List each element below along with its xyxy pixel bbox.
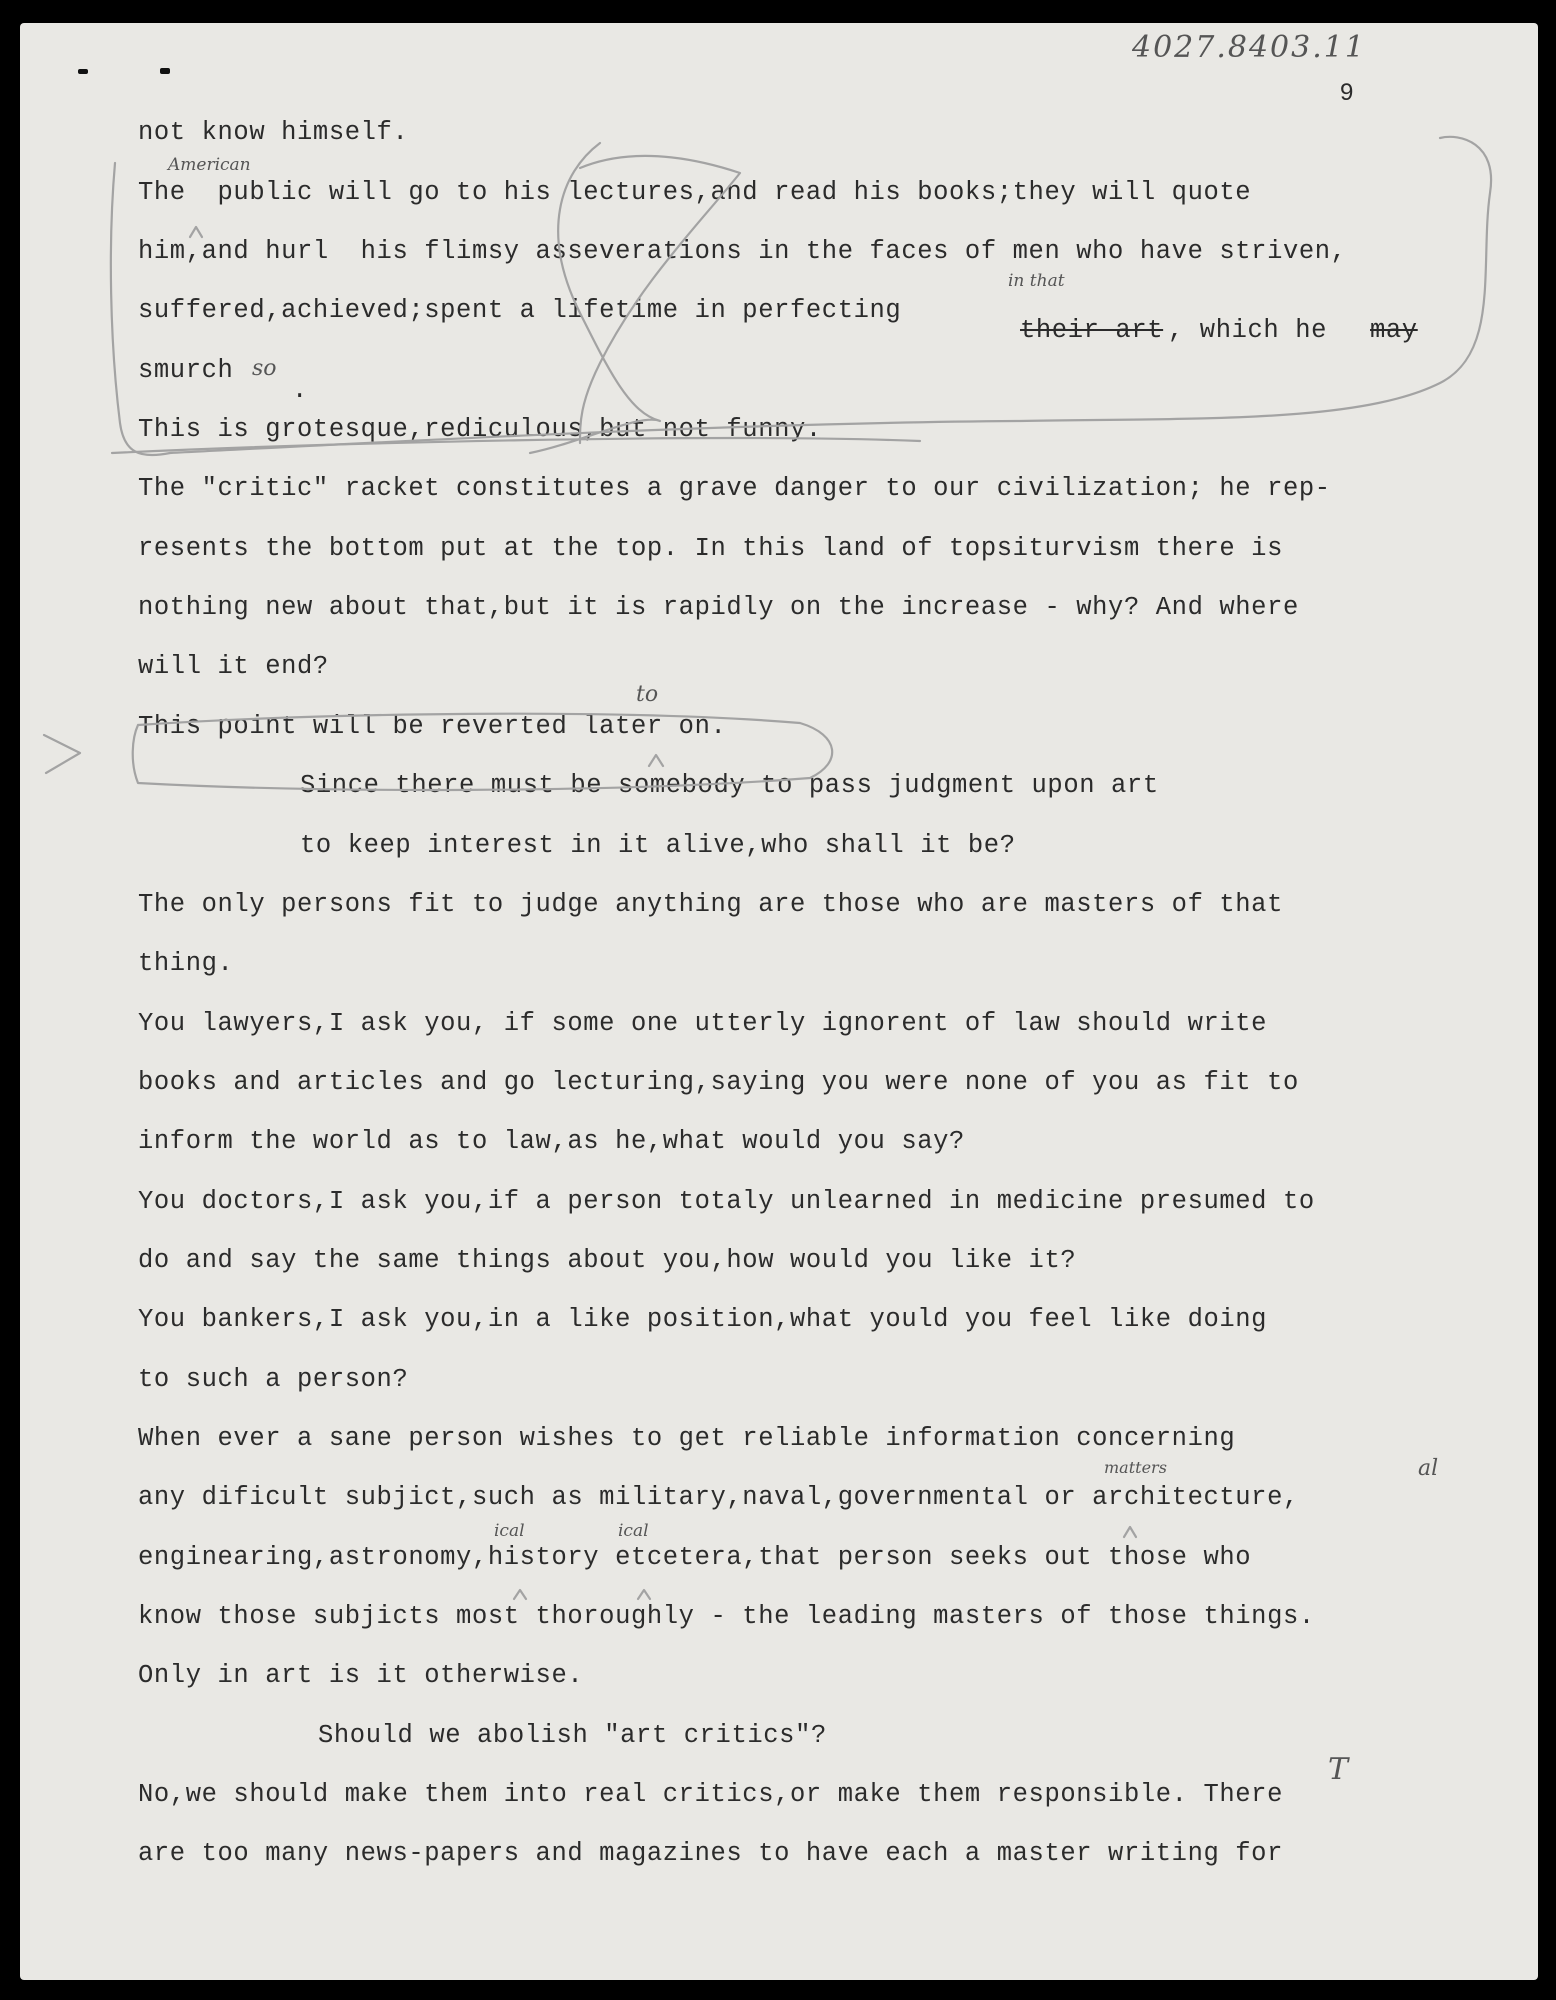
punch-mark-right	[160, 68, 170, 74]
typed-line: You bankers,I ask you,in a like position…	[138, 1305, 1267, 1335]
typed-line: not know himself.	[138, 118, 408, 148]
typewritten-page: 4027.8403.11 9 not know himself.The publ…	[20, 23, 1538, 1980]
typed-line: smurch	[138, 356, 233, 386]
handwritten-note: ical	[494, 1521, 525, 1541]
caret-matters	[1124, 1527, 1136, 1537]
typed-line: The only persons fit to judge anything a…	[138, 890, 1283, 920]
typed-line: The "critic" racket constitutes a grave …	[138, 474, 1331, 504]
typed-line: No,we should make them into real critics…	[138, 1780, 1283, 1810]
handwritten-note: so	[252, 356, 277, 381]
inline-text-which-he: , which he	[1168, 316, 1343, 346]
handwritten-note: matters	[1104, 1458, 1167, 1477]
handwritten-note: al	[1418, 1456, 1438, 1481]
struck-text-their-art: their art	[1020, 316, 1163, 346]
typed-line: This is grotesque,rediculous,but not fun…	[138, 415, 822, 445]
handwritten-note: ical	[618, 1521, 649, 1541]
typed-line: thing.	[138, 949, 233, 979]
handwritten-note: T	[1328, 1752, 1348, 1787]
handwritten-note: in that	[1008, 271, 1065, 291]
handwritten-note: American	[168, 155, 251, 175]
typed-line: suffered,achieved;spent a lifetime in pe…	[138, 296, 917, 326]
typed-line: You doctors,I ask you,if a person totaly…	[138, 1187, 1315, 1217]
typed-line: enginearing,astronomy,history etcetera,t…	[138, 1543, 1251, 1573]
typed-line: inform the world as to law,as he,what wo…	[138, 1127, 965, 1157]
typed-line: any dificult subjict,such as military,na…	[138, 1483, 1299, 1513]
handwritten-note: to	[636, 682, 658, 707]
typed-line: You lawyers,I ask you, if some one utter…	[138, 1009, 1267, 1039]
typed-line: to such a person?	[138, 1365, 408, 1395]
caret-to	[649, 755, 663, 766]
typed-line: books and articles and go lecturing,sayi…	[138, 1068, 1299, 1098]
typed-line: Should we abolish "art critics"?	[318, 1721, 827, 1751]
typed-line: The public will go to his lectures,and r…	[138, 178, 1251, 208]
caret-ical-1	[514, 1590, 526, 1599]
catalog-number: 4027.8403.11	[1132, 30, 1366, 65]
typed-line: Only in art is it otherwise.	[138, 1661, 583, 1691]
typed-line: This point will be reverted later on.	[138, 712, 726, 742]
typed-line: do and say the same things about you,how…	[138, 1246, 1076, 1276]
arrow-indicator	[44, 735, 80, 773]
typed-line: When ever a sane person wishes to get re…	[138, 1424, 1235, 1454]
typed-line: nothing new about that,but it is rapidly…	[138, 593, 1299, 623]
caret-ical-2	[638, 1590, 650, 1599]
typed-line: Since there must be somebody to pass jud…	[300, 771, 1159, 801]
smurch-period: .	[292, 376, 308, 406]
typed-line: will it end?	[138, 652, 329, 682]
typed-line: know those subjicts most thoroughly - th…	[138, 1602, 1315, 1632]
caret-american	[190, 227, 202, 237]
struck-text-may: may	[1370, 316, 1418, 346]
typed-line: resents the bottom put at the top. In th…	[138, 534, 1283, 564]
punch-mark-left	[78, 69, 88, 74]
typed-line: him,and hurl his flimsy asseverations in…	[138, 237, 1347, 267]
page-number: 9	[1340, 78, 1354, 108]
typed-line: are too many news-papers and magazines t…	[138, 1839, 1283, 1869]
typed-line: to keep interest in it alive,who shall i…	[300, 831, 1016, 861]
